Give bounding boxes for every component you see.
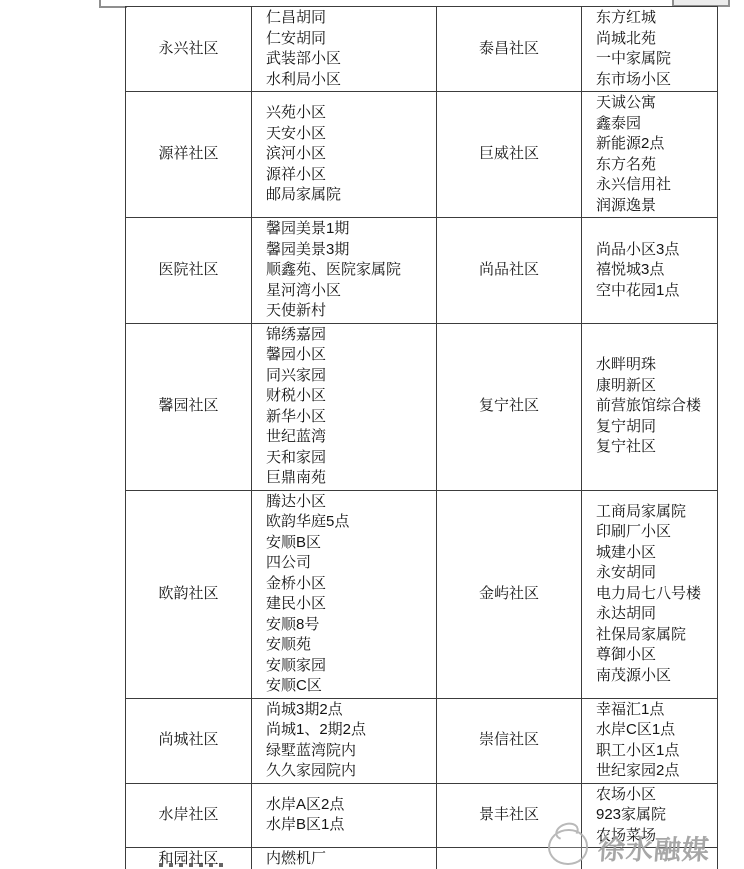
neighborhood-item: 邮局家属院 [266, 185, 432, 206]
neighborhood-item: 金桥小区 [266, 574, 432, 595]
neighborhood-item: 新能源2点 [596, 134, 713, 155]
neighborhood-item: 电力局七八号楼 [596, 584, 713, 605]
neighborhood-item: 康明新区 [596, 376, 713, 397]
neighborhood-list-cell-left: 锦绣嘉园馨园小区同兴家园财税小区新华小区世纪蓝湾天和家园巨鼎南苑 [252, 324, 437, 491]
community-name-cell-right: 复宁社区 [437, 324, 582, 491]
neighborhood-item: 世纪蓝湾 [266, 427, 432, 448]
neighborhood-item: 久久家园院内 [266, 761, 432, 782]
neighborhood-item: 同兴家园 [266, 366, 432, 387]
neighborhood-list-cell-left: 尚城3期2点尚城1、2期2点绿墅蓝湾院内久久家园院内 [252, 699, 437, 784]
neighborhood-item: 天和家园 [266, 448, 432, 469]
neighborhood-list-cell-left: 馨园美景1期馨园美景3期顺鑫苑、医院家属院星河湾小区天使新村 [252, 218, 437, 324]
neighborhood-item: 源祥小区 [266, 165, 432, 186]
neighborhood-item: 巨鼎南苑 [266, 468, 432, 489]
neighborhood-item: 空中花园1点 [596, 281, 713, 302]
neighborhood-item: 城建小区 [596, 543, 713, 564]
neighborhood-list-cell-right: 工商局家属院印刷厂小区城建小区永安胡同电力局七八号楼永达胡同社保局家属院尊御小区… [582, 491, 718, 699]
neighborhood-list-cell-left: 兴苑小区天安小区滨河小区源祥小区邮局家属院 [252, 92, 437, 218]
table-row: 馨园社区 锦绣嘉园馨园小区同兴家园财税小区新华小区世纪蓝湾天和家园巨鼎南苑 复宁… [125, 324, 718, 491]
neighborhood-item: 东市场小区 [596, 70, 713, 91]
neighborhood-item: 安顺8号 [266, 615, 432, 636]
previous-row-border-fragment-left [99, 0, 127, 8]
neighborhood-item: 馨园美景1期 [266, 219, 432, 240]
neighborhood-item: 幸福汇1点 [596, 700, 713, 721]
neighborhood-item: 复宁胡同 [596, 417, 713, 438]
neighborhood-item: 鑫泰园 [596, 114, 713, 135]
neighborhood-item: 东方名苑 [596, 155, 713, 176]
neighborhood-item: 腾达小区 [266, 492, 432, 513]
neighborhood-item: 尚城北苑 [596, 29, 713, 50]
neighborhood-item: 滨河小区 [266, 144, 432, 165]
neighborhood-item: 农场菜场 [596, 826, 713, 847]
neighborhood-item: 财税小区 [266, 386, 432, 407]
neighborhood-item: 安顺C区 [266, 676, 432, 697]
neighborhood-item: 农场小区 [596, 785, 713, 806]
neighborhood-item: 兴苑小区 [266, 103, 432, 124]
neighborhood-list-cell-right: 幸福汇1点水岸C区1点职工小区1点世纪家园2点 [582, 699, 718, 784]
community-name-cell-right: 巨威社区 [437, 92, 582, 218]
neighborhood-item: 天使新村 [266, 301, 432, 322]
neighborhood-item: 安顺家园 [266, 656, 432, 677]
neighborhood-list-cell-right: 东方红城尚城北苑一中家属院东市场小区 [582, 7, 718, 92]
neighborhood-item: 馨园小区 [266, 345, 432, 366]
neighborhood-item: 仁昌胡同 [266, 8, 432, 29]
community-name-cell-right [437, 848, 582, 869]
neighborhood-item: 武装部小区 [266, 49, 432, 70]
neighborhood-list-cell-left: 腾达小区欧韵华庭5点安顺B区四公司金桥小区建民小区安顺8号安顺苑安顺家园安顺C区 [252, 491, 437, 699]
neighborhood-item: 东方红城 [596, 8, 713, 29]
table-row: 尚城社区 尚城3期2点尚城1、2期2点绿墅蓝湾院内久久家园院内 崇信社区 幸福汇… [125, 699, 718, 784]
neighborhood-item: 顺鑫苑、医院家属院 [266, 260, 432, 281]
community-name-cell-right: 泰昌社区 [437, 7, 582, 92]
neighborhood-item: 尊御小区 [596, 645, 713, 666]
neighborhood-item: 水利局小区 [266, 70, 432, 91]
neighborhood-item: 水岸A区2点 [266, 795, 432, 816]
neighborhood-item: 水岸B区1点 [266, 815, 432, 836]
neighborhood-list-cell-right [582, 848, 718, 869]
neighborhood-item: 新华小区 [266, 407, 432, 428]
neighborhood-item: 安顺B区 [266, 533, 432, 554]
community-name-cell-left: 永兴社区 [125, 7, 252, 92]
neighborhood-item: 一中家属院 [596, 49, 713, 70]
neighborhood-item: 社保局家属院 [596, 625, 713, 646]
table-row: 水岸社区 水岸A区2点水岸B区1点 景丰社区 农场小区923家属院农场菜场 [125, 784, 718, 849]
community-name-cell-left: 馨园社区 [125, 324, 252, 491]
neighborhood-item: 水畔明珠 [596, 355, 713, 376]
neighborhood-item: 永兴信用社 [596, 175, 713, 196]
neighborhood-item: 建民小区 [266, 594, 432, 615]
neighborhood-list-cell-right: 天诚公寓鑫泰园新能源2点东方名苑永兴信用社润源逸景 [582, 92, 718, 218]
neighborhood-item: 天诚公寓 [596, 93, 713, 114]
neighborhood-item: 馨园美景3期 [266, 240, 432, 261]
community-name-cell-right: 尚品社区 [437, 218, 582, 324]
neighborhood-list-cell-left: 水岸A区2点水岸B区1点 [252, 784, 437, 849]
neighborhood-item: 天安小区 [266, 124, 432, 145]
table-row: 源祥社区 兴苑小区天安小区滨河小区源祥小区邮局家属院 巨威社区 天诚公寓鑫泰园新… [125, 92, 718, 218]
neighborhood-list-cell-right: 尚品小区3点禧悦城3点空中花园1点 [582, 218, 718, 324]
neighborhood-list-cell-left: 仁昌胡同仁安胡同武装部小区水利局小区 [252, 7, 437, 92]
neighborhood-item: 尚城1、2期2点 [266, 720, 432, 741]
neighborhood-item: 工商局家属院 [596, 502, 713, 523]
community-name-cell-right: 金屿社区 [437, 491, 582, 699]
community-table: 永兴社区 仁昌胡同仁安胡同武装部小区水利局小区 泰昌社区 东方红城尚城北苑一中家… [125, 6, 718, 869]
community-name-cell-left: 源祥社区 [125, 92, 252, 218]
neighborhood-item: 内燃机厂 [266, 849, 432, 869]
neighborhood-item: 润源逸景 [596, 196, 713, 217]
neighborhood-list-cell-right: 农场小区923家属院农场菜场 [582, 784, 718, 849]
neighborhood-item: 尚品小区3点 [596, 240, 713, 261]
community-name-cell-left: 医院社区 [125, 218, 252, 324]
community-name-cell-left: 尚城社区 [125, 699, 252, 784]
neighborhood-item: 永安胡同 [596, 563, 713, 584]
community-name-cell-left: 水岸社区 [125, 784, 252, 849]
neighborhood-item: 水岸C区1点 [596, 720, 713, 741]
community-name-cell-left: 欧韵社区 [125, 491, 252, 699]
neighborhood-item: 前营旅馆综合楼 [596, 396, 713, 417]
neighborhood-item: 绿墅蓝湾院内 [266, 741, 432, 762]
neighborhood-item: 仁安胡同 [266, 29, 432, 50]
neighborhood-item: 尚城3期2点 [266, 700, 432, 721]
neighborhood-item: 锦绣嘉园 [266, 325, 432, 346]
neighborhood-item: 永达胡同 [596, 604, 713, 625]
neighborhood-item: 禧悦城3点 [596, 260, 713, 281]
neighborhood-list-cell-left: 内燃机厂 [252, 848, 437, 869]
neighborhood-item: 欧韵华庭5点 [266, 512, 432, 533]
neighborhood-list-cell-right: 水畔明珠康明新区前营旅馆综合楼复宁胡同复宁社区 [582, 324, 718, 491]
neighborhood-item: 安顺苑 [266, 635, 432, 656]
neighborhood-item: 南茂源小区 [596, 666, 713, 687]
neighborhood-item: 印刷厂小区 [596, 522, 713, 543]
neighborhood-item: 职工小区1点 [596, 741, 713, 762]
community-name-cell-right: 崇信社区 [437, 699, 582, 784]
neighborhood-item: 复宁社区 [596, 437, 713, 458]
table-row: 医院社区 馨园美景1期馨园美景3期顺鑫苑、医院家属院星河湾小区天使新村 尚品社区… [125, 218, 718, 324]
neighborhood-item: 四公司 [266, 553, 432, 574]
neighborhood-item: 世纪家园2点 [596, 761, 713, 782]
community-name-cell-right: 景丰社区 [437, 784, 582, 849]
neighborhood-item: 923家属院 [596, 805, 713, 826]
table-row: 永兴社区 仁昌胡同仁安胡同武装部小区水利局小区 泰昌社区 东方红城尚城北苑一中家… [125, 7, 718, 92]
neighborhood-item: 星河湾小区 [266, 281, 432, 302]
table-row: 欧韵社区 腾达小区欧韵华庭5点安顺B区四公司金桥小区建民小区安顺8号安顺苑安顺家… [125, 491, 718, 699]
next-row-text-sliver [159, 863, 229, 867]
